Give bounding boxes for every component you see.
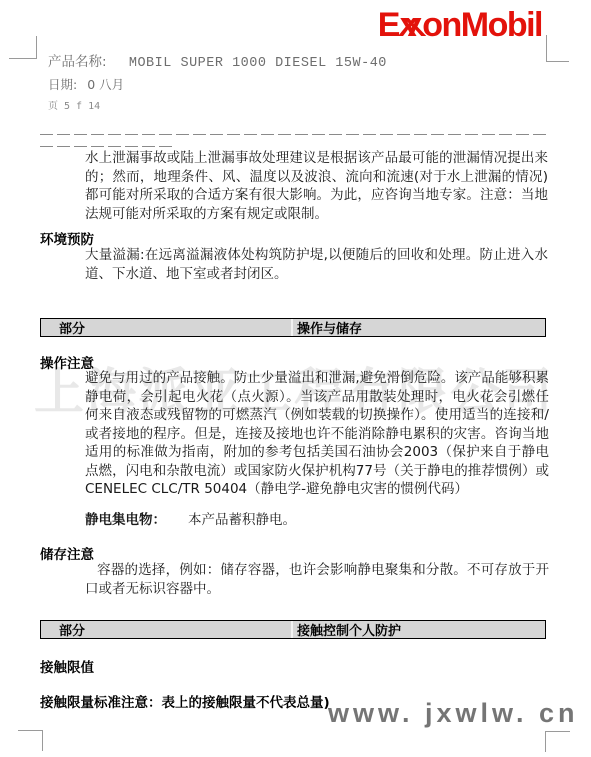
product-name-value: MOBIL SUPER 1000 DIESEL 15W-40	[129, 56, 387, 71]
section-bar-exposure-control: 部分 接触控制个人防护	[40, 620, 546, 639]
exposure-limit-heading: 接触限值	[40, 656, 94, 676]
logo-letters-rest: onMobil	[422, 6, 542, 44]
corner-mark-top-left	[9, 36, 37, 59]
corner-mark-bottom-right	[545, 731, 570, 752]
section-bar-title: 操作与储存	[293, 318, 362, 337]
corner-mark-bottom-left	[18, 730, 43, 751]
date-label: 日期:	[48, 77, 77, 92]
site-watermark: www. jxwlw. cn	[328, 698, 579, 729]
section-bar-title: 接触控制个人防护	[293, 620, 401, 639]
static-accumulator-label: 静电集电物：	[85, 512, 166, 528]
static-accumulator-value: 本产品蓄积静电。	[188, 512, 296, 528]
spill-advice-paragraph: 水上泄漏事故或陆上泄漏事故处理建议是根据该产品最可能的泄漏情况提出来的；然而，地…	[85, 149, 548, 223]
section-bar-handling-storage: 部分 操作与储存	[40, 318, 546, 337]
dashed-rule-short	[40, 145, 176, 147]
exposure-limit-note: 接触限量标准注意：表上的接触限量不代表总量)	[40, 691, 330, 711]
static-accumulator-row: 静电集电物：本产品蓄积静电。	[85, 511, 549, 530]
handling-notes-paragraph: 避免与用过的产品接触。防止少量溢出和泄漏,避免滑倒危险。该产品能够积累静电荷，会…	[85, 369, 549, 499]
page-number: 页 5 f 14	[48, 97, 387, 112]
product-name-label: 产品名称:	[48, 54, 107, 70]
storage-notes-heading: 储存注意	[40, 543, 94, 563]
exxonmobil-logo: ExxonMobil	[378, 6, 542, 45]
document-header: 产品名称: MOBIL SUPER 1000 DIESEL 15W-40 日期:…	[48, 50, 387, 112]
corner-mark-top-right	[546, 35, 569, 62]
section-bar-left-label: 部分	[41, 319, 293, 336]
document-page: 上海派亚工程有限公司 ExxonMobil 产品名称: MOBIL SUPER …	[0, 0, 591, 757]
environment-precaution-paragraph: 大量溢漏:在远离溢漏液体处构筑防护堤,以便随后的回收和处理。防止进入水道、下水道…	[85, 246, 548, 283]
logo-letter-e: E	[378, 6, 399, 44]
section-bar-left-label: 部分	[41, 621, 293, 638]
date-row: 日期: 0 八月	[48, 75, 387, 93]
date-value: 0 八月	[87, 77, 124, 92]
product-name-row: 产品名称: MOBIL SUPER 1000 DIESEL 15W-40	[48, 50, 387, 71]
dashed-rule-long	[40, 133, 546, 135]
storage-notes-paragraph: 容器的选择，例如：储存容器，也许会影响静电聚集和分散。不可存放于开口或者无标识容…	[85, 561, 549, 598]
environment-precaution-heading: 环境预防	[40, 228, 94, 248]
